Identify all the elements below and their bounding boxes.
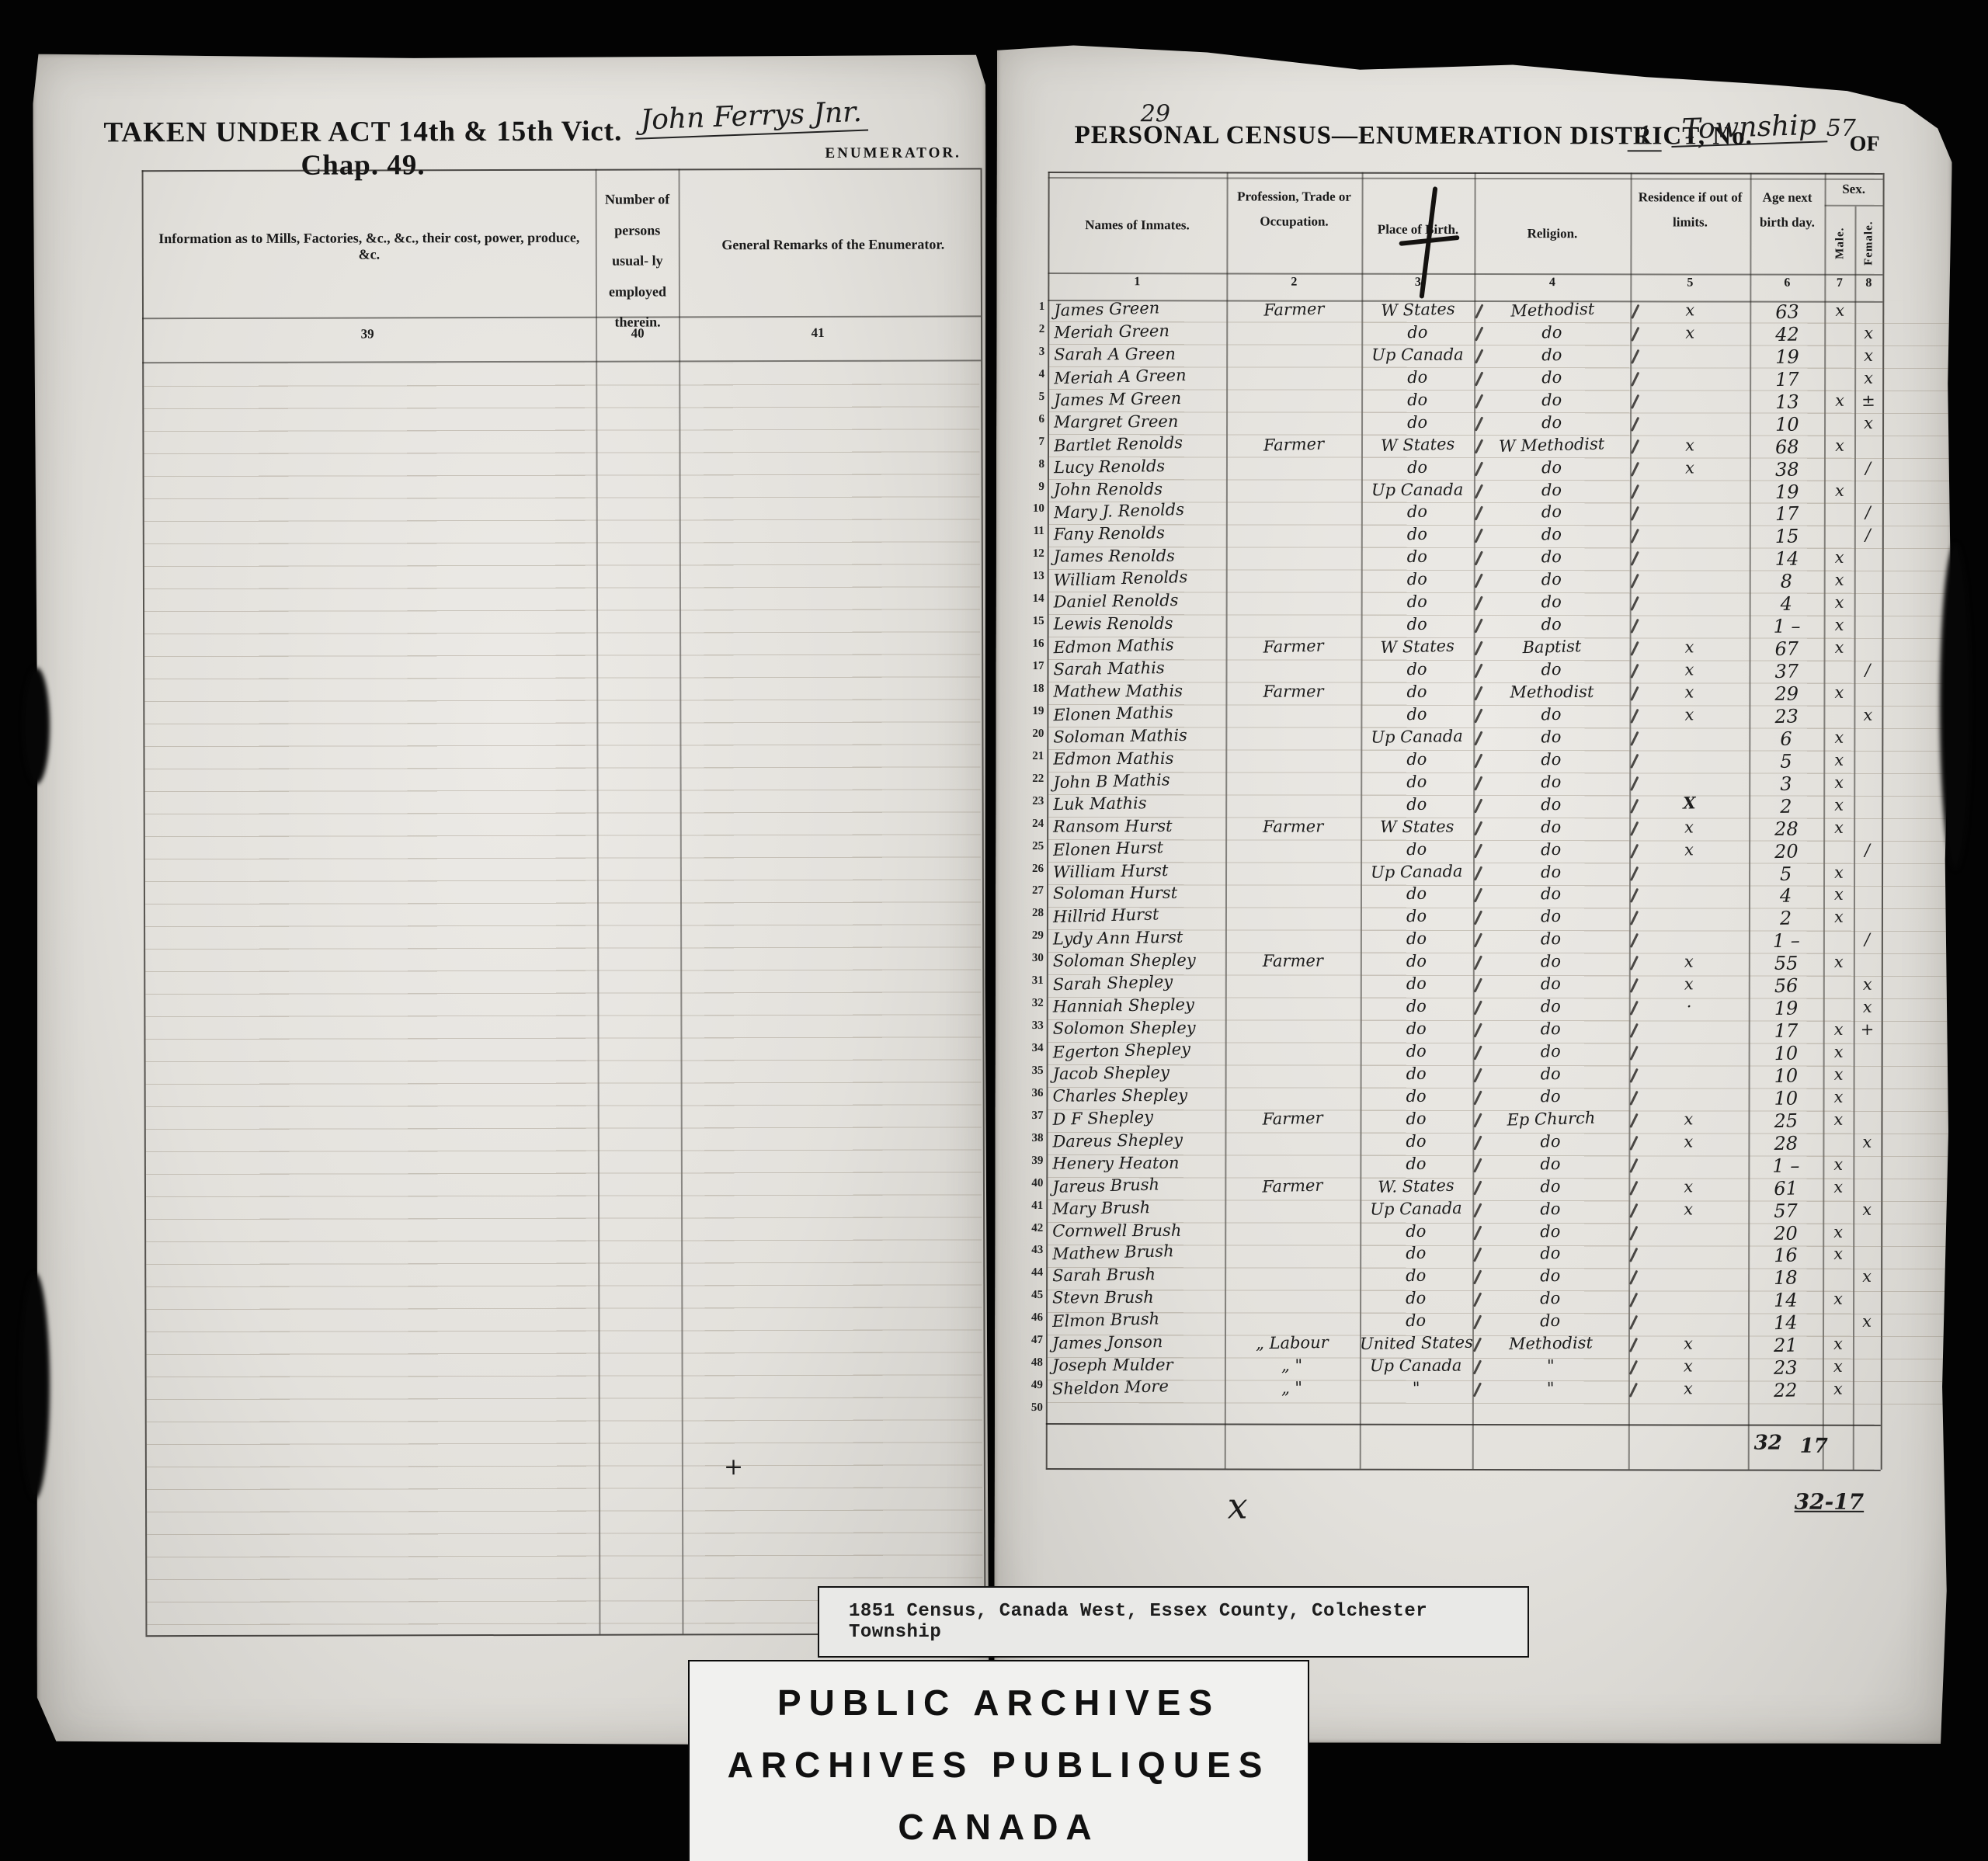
birthplace-cell: do: [1361, 1019, 1473, 1042]
birthplace-cell: do: [1361, 323, 1474, 345]
left-col-41-header: General Remarks of the Enumerator.: [693, 236, 973, 253]
female-mark-cell: [1853, 1402, 1881, 1425]
name-cell: Fany Renolds: [1054, 524, 1221, 547]
male-mark-cell: [1823, 975, 1854, 998]
age-cell: 1 –: [1748, 1154, 1823, 1177]
religion-cell: do: [1474, 570, 1630, 592]
colnum-6: 6: [1750, 276, 1824, 290]
residence-mark-cell: [1630, 391, 1750, 413]
male-mark-cell: x: [1824, 391, 1854, 414]
census-row-29: 29Lydy Ann Hurstdodo1 –/: [1047, 929, 1882, 953]
male-mark-cell: [1824, 346, 1854, 369]
census-row-27: 27Soloman Hurstdodo4x: [1047, 884, 1882, 908]
birthplace-cell: do: [1361, 682, 1473, 705]
row-number: 4: [999, 367, 1044, 390]
name-cell: Stevn Brush: [1052, 1288, 1219, 1311]
occupation-cell: Farmer: [1226, 435, 1361, 457]
residence-mark-cell: [1628, 1401, 1748, 1424]
left-col-41-number: 41: [763, 325, 872, 341]
name-cell: Hillrid Hurst: [1053, 906, 1220, 929]
male-mark-cell: x: [1823, 1380, 1853, 1402]
male-mark-cell: x: [1823, 751, 1854, 773]
row-number: 35: [999, 1064, 1044, 1086]
row-number: 5: [999, 390, 1044, 412]
row-number: 26: [999, 861, 1044, 884]
scanned-census-document: TAKEN UNDER ACT 14th & 15th Vict. Chap. …: [0, 0, 1988, 1861]
residence-mark-cell: x: [1630, 458, 1750, 481]
census-row-7: 7Bartlet RenoldsFarmerW StatesW Methodis…: [1048, 435, 1882, 459]
stray-pen-mark: +: [724, 1453, 743, 1481]
residence-mark-cell: x: [1630, 300, 1750, 323]
male-mark-cell: [1824, 458, 1854, 481]
religion-cell: do: [1473, 773, 1629, 795]
left-table-header-rule: [142, 315, 981, 319]
header-names: Names of Inmates.: [1051, 213, 1223, 238]
left-page: TAKEN UNDER ACT 14th & 15th Vict. Chap. …: [33, 51, 990, 1748]
occupation-cell: [1225, 659, 1361, 682]
name-cell: James Jonson: [1052, 1333, 1219, 1356]
row-number: 37: [998, 1109, 1043, 1131]
birthplace-cell: do: [1361, 390, 1474, 412]
birthplace-cell: do: [1361, 368, 1474, 391]
name-cell: Jareus Brush: [1052, 1176, 1219, 1199]
female-mark-cell: x: [1854, 324, 1882, 346]
occupation-cell: [1226, 480, 1361, 502]
name-cell: Egerton Shepley: [1053, 1041, 1220, 1064]
religion-cell: do: [1473, 818, 1629, 840]
female-mark-cell: [1854, 885, 1882, 908]
age-cell: 4: [1750, 593, 1824, 616]
row-number: 32: [999, 996, 1044, 1019]
act-title: TAKEN UNDER ACT 14th & 15th Vict. Chap. …: [91, 115, 634, 183]
age-cell: 57: [1748, 1200, 1823, 1222]
religion-cell: do: [1473, 750, 1629, 773]
age-cell: 10: [1749, 1043, 1823, 1065]
census-row-8: 8Lucy Renoldsdodox38/: [1048, 457, 1882, 481]
row-number: 40: [998, 1176, 1043, 1199]
residence-mark-cell: x: [1629, 975, 1749, 998]
census-row-37: 37D F ShepleyFarmerdoEp Churchx25x: [1046, 1109, 1881, 1133]
name-cell: Luk Mathis: [1053, 794, 1220, 817]
female-mark-cell: /: [1854, 458, 1882, 481]
left-ruled-lines: [144, 362, 982, 1630]
male-mark-cell: x: [1823, 1245, 1853, 1267]
age-cell: 18: [1748, 1267, 1823, 1290]
occupation-cell: [1226, 322, 1361, 345]
name-cell: Sarah Shepley: [1053, 974, 1220, 996]
male-mark-cell: x: [1823, 953, 1854, 975]
male-mark-cell: [1824, 526, 1854, 548]
religion-cell: Methodist: [1472, 1334, 1628, 1356]
right-table-top-rule-1: [1048, 172, 1883, 175]
enumerator-signature: John Ferrys Jnr.: [634, 96, 868, 140]
residence-mark-cell: ·: [1629, 997, 1749, 1019]
census-row-13: 13William Renoldsdodo8x: [1048, 569, 1882, 593]
residence-mark-cell: x: [1629, 705, 1749, 727]
female-mark-cell: [1853, 1155, 1881, 1178]
census-row-45: 45Stevn Brushdodo14x: [1046, 1288, 1881, 1312]
residence-mark-cell: x: [1628, 1132, 1748, 1154]
occupation-cell: [1225, 1154, 1360, 1176]
birthplace-cell: Up Canada: [1361, 862, 1473, 884]
name-cell: Lucy Renolds: [1054, 457, 1221, 480]
of-label: OF: [1850, 132, 1880, 157]
religion-cell: do: [1474, 525, 1630, 547]
row-number: 33: [999, 1019, 1044, 1041]
religion-cell: ": [1472, 1356, 1628, 1379]
male-mark-cell: [1823, 1133, 1853, 1155]
census-row-21: 21Edmon Mathisdodo5x: [1047, 749, 1882, 773]
religion-cell: do: [1473, 907, 1629, 929]
occupation-cell: [1226, 502, 1361, 525]
colnum-5: 5: [1630, 276, 1750, 290]
age-cell: 17: [1750, 503, 1824, 526]
name-cell: Henery Heaton: [1052, 1154, 1219, 1176]
female-mark-cell: [1854, 751, 1882, 773]
religion-cell: W Methodist: [1474, 436, 1630, 458]
religion-cell: do: [1473, 727, 1629, 750]
row-number: 8: [999, 457, 1044, 480]
birthplace-cell: do: [1360, 1289, 1472, 1311]
row-number: 13: [999, 569, 1044, 592]
census-row-44: 44Sarah Brushdodo18x: [1046, 1266, 1881, 1290]
township-handwritten: Township: [1670, 109, 1827, 148]
male-mark-cell: [1823, 1402, 1853, 1425]
male-mark-cell: x: [1824, 548, 1854, 571]
name-cell: [1052, 1401, 1219, 1423]
row-number: 14: [999, 592, 1044, 614]
row-number: 39: [998, 1154, 1043, 1176]
header-age: Age next birth day.: [1751, 186, 1823, 236]
age-cell: 4: [1749, 885, 1823, 908]
census-row-35: 35Jacob Shepleydodo10x: [1047, 1064, 1882, 1088]
census-row-47: 47James Jonson„ LabourUnited StatesMetho…: [1046, 1333, 1881, 1357]
birthplace-cell: do: [1360, 1154, 1472, 1176]
age-cell: 68: [1750, 436, 1824, 458]
census-row-39: 39Henery Heatondodo1 –x: [1046, 1154, 1881, 1178]
census-row-46: 46Elmon Brushdodo14x: [1046, 1311, 1881, 1335]
name-cell: Hanniah Shepley: [1053, 996, 1220, 1019]
residence-mark-cell: [1629, 908, 1749, 930]
age-cell: 8: [1750, 571, 1824, 593]
birthplace-cell: do: [1360, 1244, 1472, 1266]
birthplace-cell: do: [1361, 457, 1474, 480]
name-cell: James M Green: [1054, 390, 1221, 412]
residence-mark-cell: x: [1628, 1379, 1748, 1401]
religion-cell: do: [1474, 413, 1630, 436]
name-cell: John B Mathis: [1053, 772, 1220, 794]
age-cell: 19: [1750, 481, 1824, 503]
age-cell: 25: [1748, 1109, 1823, 1132]
occupation-cell: [1225, 974, 1361, 997]
female-mark-cell: [1854, 548, 1882, 571]
male-mark-cell: x: [1823, 1177, 1853, 1200]
header-male: Male.: [1829, 216, 1851, 270]
occupation-cell: „ ": [1225, 1356, 1360, 1379]
row-number: 18: [999, 682, 1044, 704]
header-female: Female.: [1858, 216, 1880, 270]
age-cell: 20: [1749, 840, 1823, 863]
male-mark-cell: x: [1823, 908, 1854, 930]
birthplace-cell: W States: [1361, 637, 1474, 660]
age-cell: 10: [1749, 1065, 1823, 1088]
birthplace-cell: do: [1361, 772, 1473, 794]
birthplace-cell: Up Canada: [1360, 1199, 1472, 1221]
religion-cell: do: [1473, 1019, 1629, 1042]
female-mark-cell: x: [1853, 1133, 1881, 1155]
female-mark-cell: [1853, 1245, 1881, 1267]
residence-mark-cell: [1630, 616, 1750, 638]
residence-mark-cell: x: [1629, 840, 1749, 863]
male-mark-cell: [1823, 661, 1854, 683]
occupation-cell: [1225, 1244, 1360, 1266]
age-cell: 14: [1750, 548, 1824, 571]
religion-cell: do: [1474, 323, 1630, 345]
birthplace-cell: do: [1361, 839, 1473, 862]
female-mark-cell: [1853, 1380, 1881, 1402]
row-number: 25: [999, 838, 1044, 861]
residence-mark-cell: [1630, 571, 1750, 593]
residence-mark-cell: [1630, 526, 1750, 548]
female-mark-cell: x: [1854, 998, 1882, 1020]
birthplace-cell: do: [1361, 525, 1474, 547]
birthplace-cell: [1360, 1401, 1472, 1424]
male-mark-cell: x: [1823, 1290, 1853, 1312]
name-cell: Margret Green: [1054, 412, 1221, 435]
name-cell: Edmon Mathis: [1054, 637, 1221, 659]
census-row-38: 38Dareus Shepleydodox28x: [1046, 1131, 1881, 1155]
occupation-cell: [1225, 1019, 1361, 1042]
female-mark-cell: /: [1854, 526, 1882, 548]
occupation-cell: Farmer: [1226, 300, 1361, 322]
colnum-2: 2: [1226, 275, 1361, 289]
row-number: 28: [999, 906, 1044, 929]
name-cell: Mary J. Renolds: [1054, 502, 1221, 525]
right-table-top-rule-2: [1048, 177, 1883, 180]
stray-cross-mark: x: [1228, 1484, 1248, 1526]
male-mark-cell: [1823, 1312, 1853, 1335]
male-mark-cell: x: [1824, 638, 1854, 661]
scan-artifact-blob: [1940, 543, 1971, 870]
female-mark-cell: [1853, 1290, 1881, 1312]
religion-cell: Baptist: [1474, 637, 1630, 660]
female-mark-cell: [1854, 436, 1882, 458]
residence-mark-cell: [1628, 1267, 1748, 1290]
name-cell: Sarah Mathis: [1053, 659, 1220, 682]
name-cell: Sarah Brush: [1052, 1266, 1219, 1288]
name-cell: Meriah Green: [1054, 322, 1221, 345]
residence-mark-cell: [1629, 1087, 1749, 1109]
census-row-33: 33Solomon Shepleydodo17x+: [1047, 1019, 1882, 1043]
name-cell: Dareus Shepley: [1052, 1131, 1219, 1154]
residence-mark-cell: x: [1628, 1109, 1748, 1132]
residence-mark-cell: x: [1628, 1357, 1748, 1380]
row-number: 20: [999, 727, 1044, 749]
residence-mark-cell: [1628, 1154, 1748, 1177]
census-row-20: 20Soloman MathisUp Canadado6x: [1047, 727, 1882, 751]
occupation-cell: [1225, 772, 1361, 794]
census-row-4: 4Meriah A Greendodo17x: [1048, 367, 1882, 391]
name-cell: Lydy Ann Hurst: [1053, 929, 1220, 951]
female-mark-cell: [1853, 1178, 1881, 1200]
male-mark-cell: x: [1824, 616, 1854, 638]
male-mark-cell: x: [1823, 1043, 1854, 1065]
totals-row: 32 17 32-17: [997, 42, 1952, 43]
birthplace-cell: do: [1360, 1132, 1472, 1154]
census-row-43: 43Mathew Brushdodo16x: [1046, 1244, 1881, 1268]
row-number: 47: [998, 1333, 1043, 1356]
female-mark-cell: +: [1854, 1020, 1882, 1043]
religion-cell: Ep Church: [1472, 1109, 1628, 1132]
occupation-cell: [1226, 525, 1361, 547]
birthplace-cell: W States: [1361, 817, 1473, 839]
female-mark-cell: /: [1854, 930, 1882, 953]
census-row-41: 41Mary BrushUp Canadadox57x: [1046, 1199, 1881, 1223]
occupation-cell: [1225, 1289, 1360, 1311]
row-number: 21: [999, 749, 1044, 772]
census-row-6: 6Margret Greendodo10x: [1048, 412, 1882, 436]
religion-cell: do: [1474, 502, 1630, 525]
residence-mark-cell: [1629, 1064, 1749, 1087]
age-cell: 19: [1750, 345, 1824, 368]
birthplace-cell: do: [1360, 1109, 1472, 1132]
female-mark-cell: [1854, 593, 1882, 616]
female-mark-cell: x: [1854, 706, 1882, 728]
census-rows: 1James GreenFarmerW StatesMethodistx63x2…: [1046, 300, 1883, 1425]
name-cell: Bartlet Renolds: [1054, 435, 1221, 457]
male-mark-cell: x: [1823, 1222, 1853, 1245]
colnum-3: 3: [1361, 276, 1474, 290]
female-mark-cell: [1854, 863, 1882, 885]
name-cell: Meriah A Green: [1054, 367, 1221, 390]
census-row-11: 11Fany Renoldsdodo15/: [1048, 524, 1882, 548]
female-mark-cell: /: [1854, 840, 1882, 863]
row-number: 29: [999, 929, 1044, 951]
religion-cell: ": [1472, 1379, 1628, 1401]
name-cell: Elonen Mathis: [1053, 704, 1220, 727]
male-mark-cell: x: [1823, 1357, 1853, 1380]
row-number: 17: [999, 659, 1044, 682]
occupation-cell: Farmer: [1225, 1109, 1360, 1131]
residence-mark-cell: x: [1630, 436, 1750, 458]
age-cell: [1748, 1402, 1823, 1425]
male-mark-cell: x: [1823, 795, 1854, 818]
public-archives-stamp: PUBLIC ARCHIVES ARCHIVES PUBLIQUES CANAD…: [690, 1661, 1308, 1861]
row-number: 7: [999, 435, 1044, 457]
birthplace-cell: do: [1361, 884, 1473, 907]
census-row-28: 28Hillrid Hurstdodo2x: [1047, 906, 1882, 930]
birthplace-cell: do: [1361, 952, 1473, 974]
row-number: 30: [999, 951, 1044, 974]
header-religion: Religion.: [1477, 221, 1627, 247]
residence-mark-cell: [1628, 1312, 1748, 1335]
residence-mark-cell: [1629, 885, 1749, 908]
birthplace-cell: Up Canada: [1361, 727, 1473, 750]
birthplace-cell: do: [1361, 502, 1474, 525]
occupation-cell: Farmer: [1225, 817, 1361, 839]
age-cell: 1 –: [1749, 930, 1823, 953]
age-cell: 23: [1749, 706, 1823, 728]
residence-mark-cell: [1630, 548, 1750, 571]
residence-mark-cell: X: [1629, 795, 1749, 818]
age-cell: 14: [1748, 1290, 1823, 1312]
stamp-line-2: ARCHIVES PUBLIQUES: [690, 1744, 1308, 1786]
age-cell: 61: [1748, 1177, 1823, 1200]
age-cell: 42: [1750, 324, 1824, 346]
female-mark-cell: [1854, 818, 1882, 840]
colnum-1: 1: [1051, 275, 1223, 289]
age-cell: 28: [1749, 818, 1823, 840]
birthplace-cell: ": [1360, 1379, 1472, 1401]
birthplace-cell: do: [1361, 907, 1473, 929]
occupation-cell: [1225, 1266, 1360, 1289]
row-number: 34: [999, 1041, 1044, 1064]
census-row-49: 49Sheldon More„ """x22x: [1046, 1378, 1881, 1402]
census-row-40: 40Jareus BrushFarmerW. Statesdox61x: [1046, 1176, 1881, 1200]
census-row-32: 32Hanniah Shepleydodo·19x: [1047, 996, 1882, 1020]
total-female: 17: [1795, 1435, 1833, 1458]
row-number: 49: [998, 1378, 1043, 1401]
row-number: 16: [999, 637, 1044, 659]
age-cell: 22: [1748, 1380, 1823, 1402]
age-cell: 23: [1748, 1357, 1823, 1380]
residence-mark-cell: [1629, 930, 1749, 953]
female-mark-cell: x: [1853, 1267, 1881, 1290]
occupation-cell: [1226, 547, 1361, 570]
left-col-40-number: 40: [583, 325, 692, 341]
age-cell: 63: [1750, 301, 1824, 324]
age-cell: 29: [1749, 683, 1823, 706]
birthplace-cell: do: [1361, 547, 1474, 570]
birthplace-cell: do: [1361, 750, 1473, 773]
residence-mark-cell: [1629, 1019, 1749, 1042]
residence-mark-cell: [1630, 593, 1750, 616]
scan-artifact-blob: [23, 668, 50, 784]
row-number: 19: [999, 704, 1044, 727]
female-mark-cell: ±: [1854, 391, 1882, 414]
row-number: 12: [999, 547, 1044, 569]
female-mark-cell: [1853, 1357, 1881, 1380]
religion-cell: do: [1472, 1289, 1628, 1311]
male-mark-cell: x: [1823, 683, 1854, 706]
religion-cell: do: [1472, 1154, 1628, 1177]
residence-mark-cell: x: [1629, 682, 1749, 705]
female-mark-cell: x: [1854, 975, 1882, 998]
male-mark-cell: x: [1823, 1335, 1853, 1357]
name-cell: Soloman Mathis: [1053, 727, 1220, 749]
male-mark-cell: x: [1824, 301, 1854, 324]
occupation-cell: Farmer: [1225, 682, 1361, 704]
female-mark-cell: x: [1854, 369, 1882, 391]
male-mark-cell: x: [1824, 571, 1854, 593]
birthplace-cell: do: [1361, 705, 1473, 727]
row-number: 44: [998, 1266, 1043, 1288]
age-cell: 56: [1749, 975, 1823, 998]
female-mark-cell: [1854, 773, 1882, 796]
birthplace-cell: United States: [1360, 1334, 1472, 1356]
name-cell: Ransom Hurst: [1053, 817, 1220, 839]
female-mark-cell: [1854, 796, 1882, 818]
row-number: 3: [999, 345, 1044, 367]
name-cell: Daniel Renolds: [1054, 592, 1221, 614]
left-col-39-header: Information as to Mills, Factories, &c.,…: [158, 230, 581, 263]
occupation-cell: [1225, 1041, 1361, 1064]
residence-mark-cell: [1630, 481, 1750, 503]
residence-mark-cell: [1628, 1222, 1748, 1245]
religion-cell: do: [1472, 1200, 1628, 1222]
district-number-handwritten: 1: [1628, 120, 1662, 151]
religion-cell: do: [1474, 547, 1630, 570]
